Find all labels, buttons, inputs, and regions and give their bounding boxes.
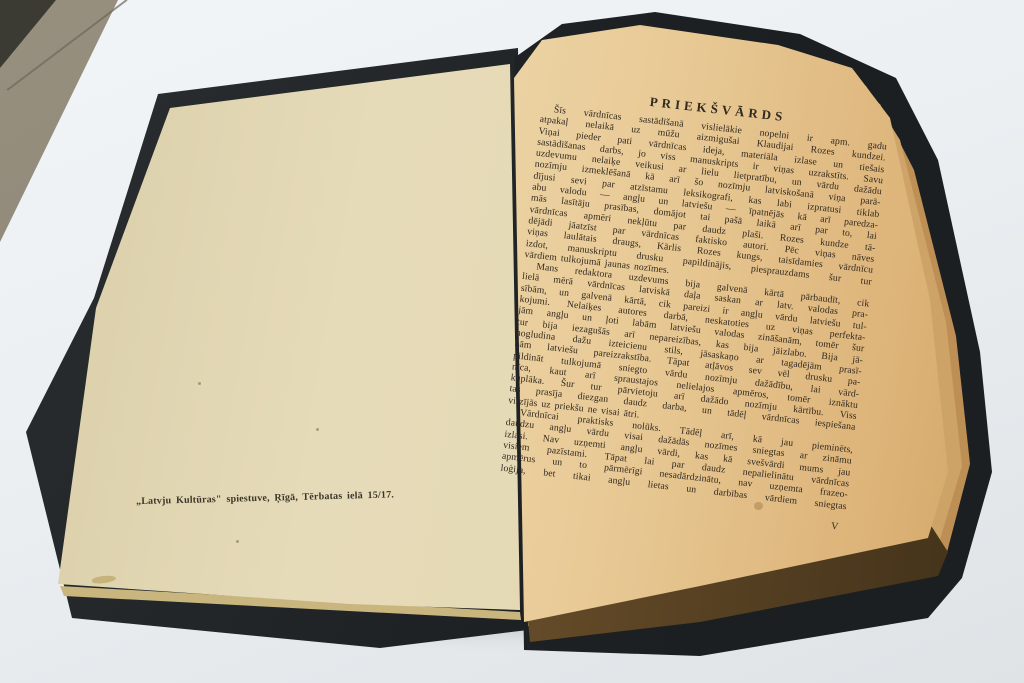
foreword-text: PRIEKŠVĀRDS Šīs vārdnīcas sastādīšanā vi… bbox=[498, 82, 890, 533]
page-speck bbox=[198, 382, 201, 385]
page-speck bbox=[236, 540, 239, 543]
photo-open-book-scene: „Latvju Kultūras" spiestuve, Ŗīgā, Tērba… bbox=[0, 0, 1024, 683]
page-speck bbox=[316, 428, 319, 431]
